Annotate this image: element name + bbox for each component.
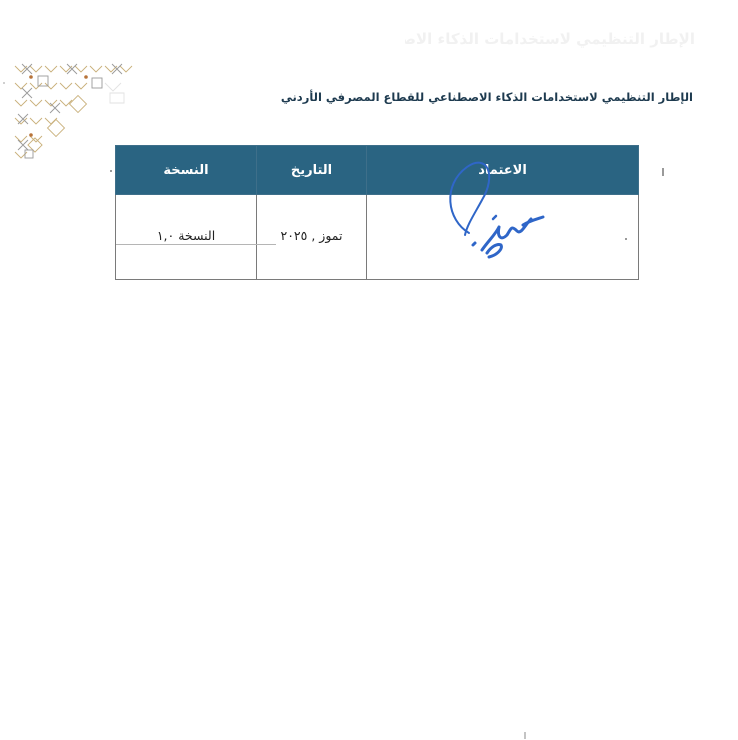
scan-mark [662,168,664,176]
approval-table: الاعتماد التاريخ النسخة تموز , ٢٠٢٥ [115,145,639,280]
signature-icon [427,155,557,275]
version-value: النسخة ١,٠ [157,228,215,243]
scan-mark [110,170,112,172]
approval-cell [367,195,639,280]
date-value: تموز , ٢٠٢٥ [281,228,343,243]
ghost-header-text: الإطار التنظيمي لاستخدامات الذكاء الاصطن… [405,30,695,52]
underline-divider [116,244,276,245]
document-title: الإطار التنظيمي لاستخدامات الذكاء الاصطن… [281,90,693,104]
column-header-version: النسخة [116,146,257,195]
scan-mark [3,82,5,84]
table-row: تموز , ٢٠٢٥ النسخة ١,٠ [116,195,639,280]
version-cell: النسخة ١,٠ [116,195,257,280]
column-header-date: التاريخ [257,146,367,195]
date-cell: تموز , ٢٠٢٥ [257,195,367,280]
scan-mark [524,732,526,739]
scan-mark [625,238,627,240]
table-header-row: الاعتماد التاريخ النسخة [116,146,639,195]
